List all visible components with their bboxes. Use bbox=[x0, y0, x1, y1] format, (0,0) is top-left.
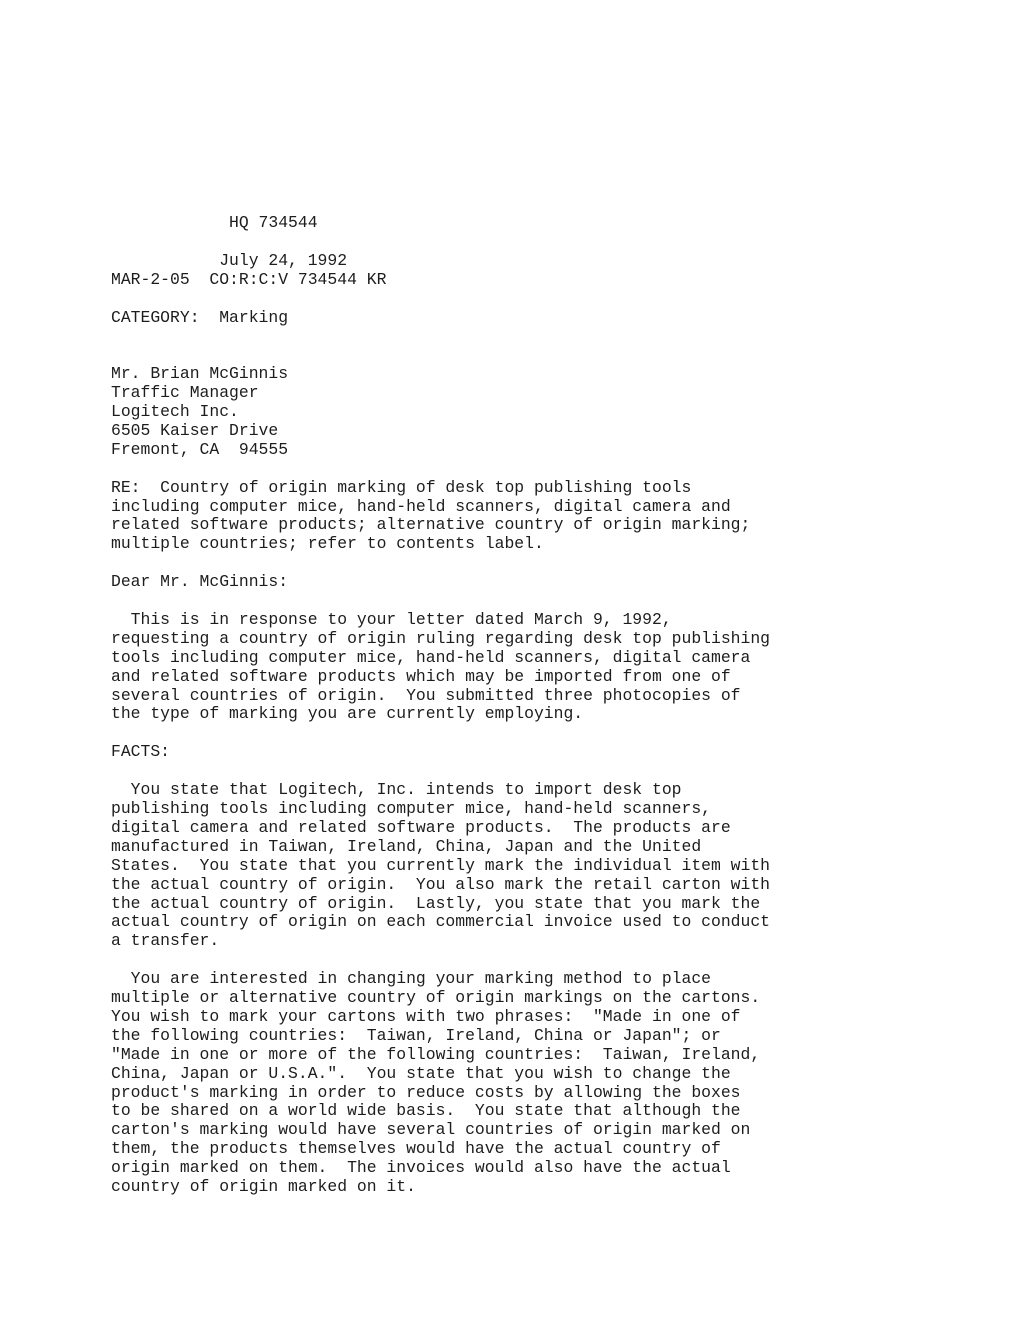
ruling-letter-page: HQ 734544 July 24, 1992 MAR-2-05 CO:R:C:… bbox=[0, 0, 1020, 1320]
recipient-company: Logitech Inc. bbox=[111, 403, 770, 422]
recipient-name: Mr. Brian McGinnis bbox=[111, 365, 770, 384]
recipient-street: 6505 Kaiser Drive bbox=[111, 422, 770, 441]
facts-heading: FACTS: bbox=[111, 743, 770, 762]
recipient-title: Traffic Manager bbox=[111, 384, 770, 403]
facts-paragraph-2: You are interested in changing your mark… bbox=[111, 970, 770, 1197]
recipient-city-state-zip: Fremont, CA 94555 bbox=[111, 441, 770, 460]
subject-block: RE: Country of origin marking of desk to… bbox=[111, 479, 770, 555]
case-number: HQ 734544 bbox=[111, 214, 770, 233]
salutation: Dear Mr. McGinnis: bbox=[111, 573, 770, 592]
document-body: HQ 734544 July 24, 1992 MAR-2-05 CO:R:C:… bbox=[111, 214, 770, 1197]
category-line: CATEGORY: Marking bbox=[111, 309, 770, 328]
file-reference-line: MAR-2-05 CO:R:C:V 734544 KR bbox=[111, 271, 770, 290]
date-line: July 24, 1992 bbox=[111, 252, 770, 271]
facts-paragraph-1: You state that Logitech, Inc. intends to… bbox=[111, 781, 770, 951]
intro-paragraph: This is in response to your letter dated… bbox=[111, 611, 770, 724]
